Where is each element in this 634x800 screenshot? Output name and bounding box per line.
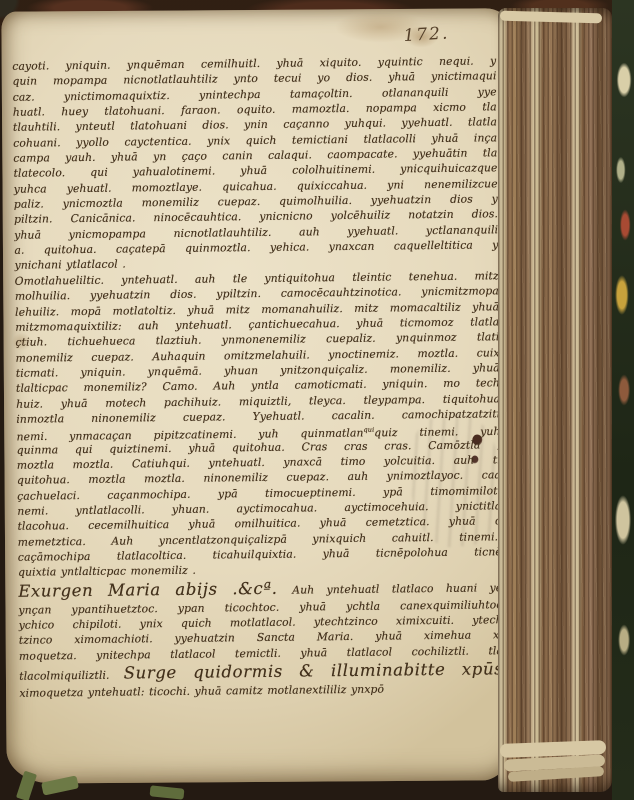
body-text: qui [363, 426, 374, 434]
body-text: quixtia yntlalticpac monemiliz . [18, 564, 196, 579]
heading-text: Exurgen Maria abijs .&cª. [18, 578, 292, 600]
binding-ribbon [150, 785, 185, 799]
heading-text: Surge quidormis & illuminabitte xpūs [124, 659, 504, 682]
manuscript-page: 172. cayoti. yniquin. ynquēman cemilhuit… [1, 8, 512, 784]
binding-ribbon [16, 771, 37, 800]
book-fore-edge [498, 8, 612, 792]
body-text: tlacolmiquiliztli. [19, 669, 124, 683]
body-text: Auh yntehuatl tlatlaco huani ye [292, 581, 502, 596]
marbled-cover-edge [612, 0, 634, 800]
body-text: ynichani ytlatlacol . [15, 258, 126, 272]
manuscript-text: cayoti. yniquin. ynquēman cemilhuitl. yh… [12, 53, 503, 701]
body-text: ximoquetza yntehuatl: ticochi. yhuā cami… [19, 683, 384, 700]
page-number: 172. [403, 23, 450, 46]
